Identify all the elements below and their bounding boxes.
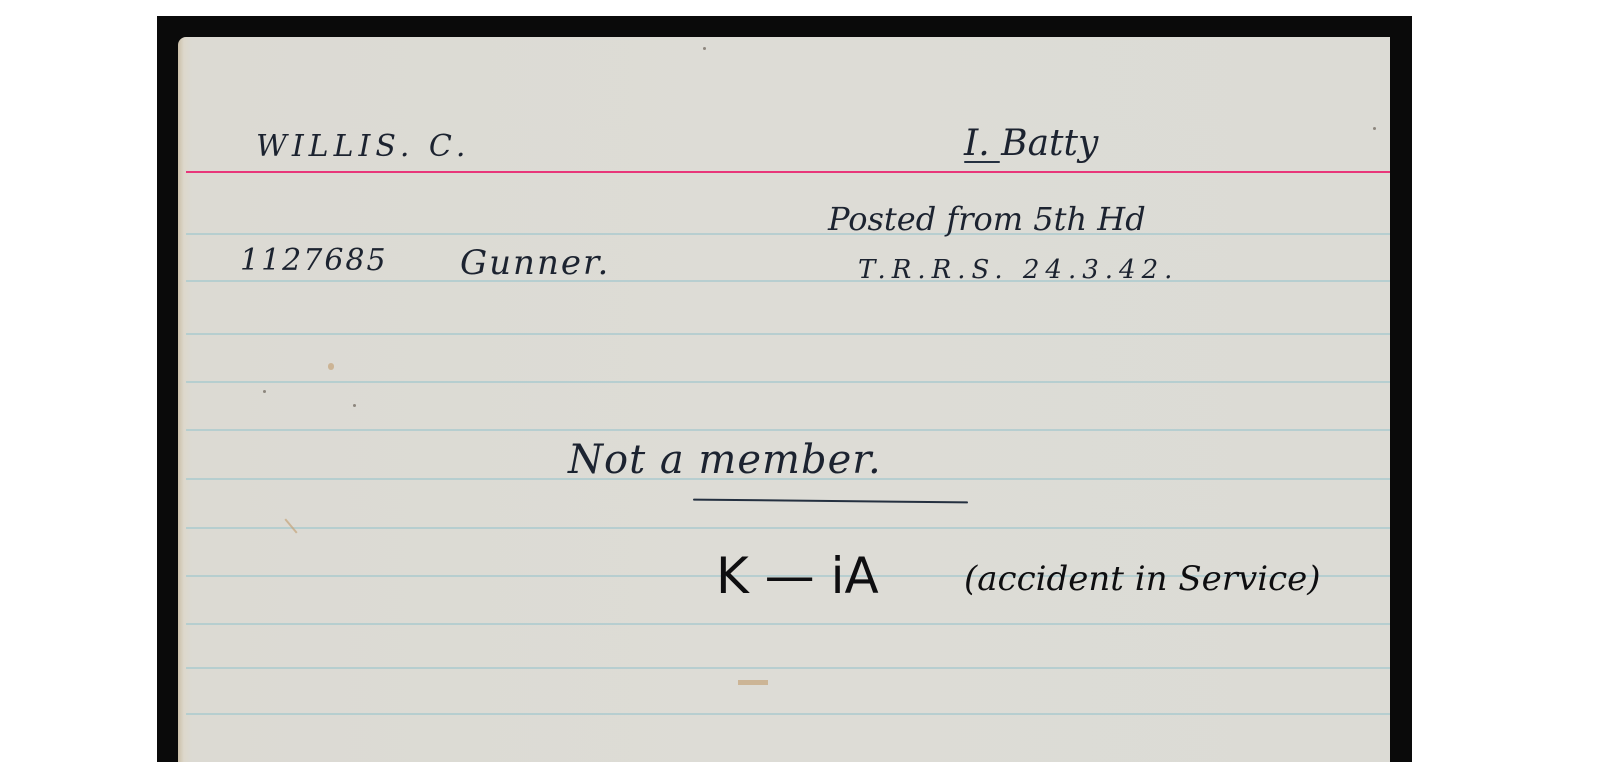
unit-underline (964, 161, 1000, 163)
header-rule-red (186, 171, 1390, 173)
membership-note: Not a member. (568, 437, 882, 483)
service-number: 1127685 (240, 243, 388, 278)
ruled-line (186, 333, 1390, 335)
paper-speck (353, 404, 356, 407)
paper-speck (703, 47, 706, 50)
membership-underline (693, 499, 968, 504)
ruled-line (186, 429, 1390, 431)
ruled-line (186, 280, 1390, 282)
record-card: WILLIS. C. I. Batty 1127685 Gunner. Post… (178, 37, 1390, 762)
ruled-line (186, 667, 1390, 669)
status-mark: K — iA (716, 547, 879, 605)
paper-stain (328, 363, 334, 370)
paper-fiber (284, 518, 297, 533)
soldier-name: WILLIS. C. (256, 129, 470, 164)
photo-mount-frame: WILLIS. C. I. Batty 1127685 Gunner. Post… (157, 16, 1412, 762)
posting-line-2: T.R.R.S. 24.3.42. (858, 255, 1178, 285)
paper-speck (1373, 127, 1376, 130)
ruled-line (186, 527, 1390, 529)
rank: Gunner. (460, 243, 610, 283)
paper-speck (263, 390, 266, 393)
ruled-line (186, 713, 1390, 715)
ruled-line (186, 623, 1390, 625)
paper-stain (738, 680, 768, 685)
ruled-line (186, 381, 1390, 383)
posting-line-1: Posted from 5th Hd (828, 200, 1146, 238)
status-detail: (accident in Service) (964, 559, 1321, 599)
unit-label: I. Batty (964, 123, 1098, 164)
ruled-line (186, 233, 1390, 235)
